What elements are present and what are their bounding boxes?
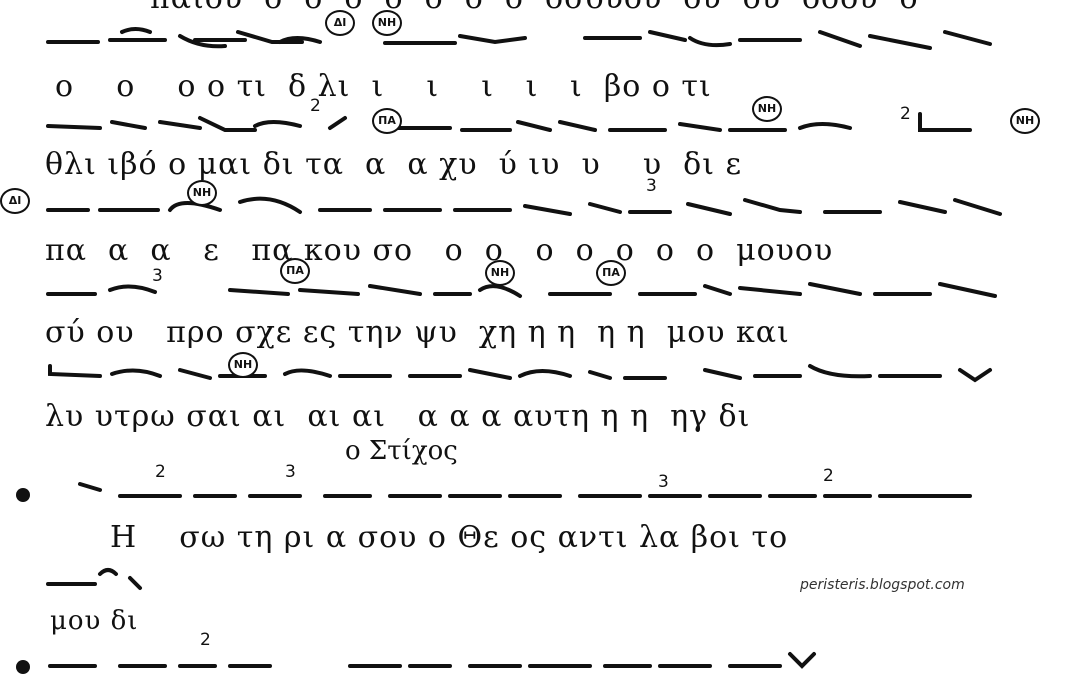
lyric-line-3: πα α α ε πα κου σο ο ο ο ο ο ο ο μουου	[45, 236, 833, 266]
section-heading-stichos: ο Στίχος	[345, 436, 458, 466]
neume-line-4	[40, 268, 1030, 302]
martyria-ni: ΝΗ	[1010, 108, 1040, 134]
rhythm-numeral: 3	[646, 176, 657, 196]
martyria-di: ΔΙ	[0, 188, 30, 214]
rhythm-numeral: 2	[900, 104, 911, 124]
rhythm-numeral: 2	[823, 466, 834, 486]
neume-line-8	[40, 640, 980, 674]
martyria-pa: ΠΑ	[372, 108, 402, 134]
martyria-ni: ΝΗ	[752, 96, 782, 122]
lyric-line-0: παιου ο ο ο ο ο ο ο οσουου ου ου οοου ο	[150, 0, 919, 14]
neume-line-7	[40, 560, 160, 594]
lyric-line-7: μου δι	[50, 608, 138, 634]
rhythm-numeral: 2	[310, 96, 321, 116]
martyria-ni: ΝΗ	[187, 180, 217, 206]
lyric-line-4: σύ ου προ σχε ες την ψυ χη η η η η μου κ…	[45, 318, 790, 348]
neume-line-5	[40, 352, 1030, 386]
lyric-line-1: ο ο ο ο τι δ λι ι ι ι ι ι βο ο τι	[55, 72, 712, 102]
martyria-ni: ΝΗ	[485, 260, 515, 286]
rhythm-numeral: 3	[658, 472, 669, 492]
bullet-marker	[16, 488, 30, 502]
neume-line-1	[40, 18, 1000, 52]
lyric-line-5: λυ υτρω σαι αι αι αι α α α αυτη η η ηγ δ…	[45, 402, 750, 432]
rhythm-numeral: 3	[152, 266, 163, 286]
neume-line-6	[70, 470, 990, 504]
watermark-text: peristeris.blogspot.com	[800, 577, 965, 593]
rhythm-numeral: 3	[285, 462, 296, 482]
rhythm-numeral: 2	[155, 462, 166, 482]
lyric-line-6: Η σω τη ρι α σου ο Θε ος αντι λα βοι το	[110, 523, 788, 553]
neume-line-2	[40, 104, 1020, 138]
lyric-line-2: θλι ιβό ο μαι δι τα α α χυ ύ ιυ υ υ δι ε	[45, 150, 742, 180]
martyria-pa: ΠΑ	[280, 258, 310, 284]
bullet-marker	[16, 660, 30, 674]
martyria-ni: ΝΗ	[228, 352, 258, 378]
martyria-di: ΔΙ	[325, 10, 355, 36]
rhythm-numeral: 2	[200, 630, 211, 650]
manuscript-page: παιου ο ο ο ο ο ο ο οσουου ου ου οοου ο …	[0, 0, 1080, 675]
martyria-ni: ΝΗ	[372, 10, 402, 36]
martyria-pa: ΠΑ	[596, 260, 626, 286]
